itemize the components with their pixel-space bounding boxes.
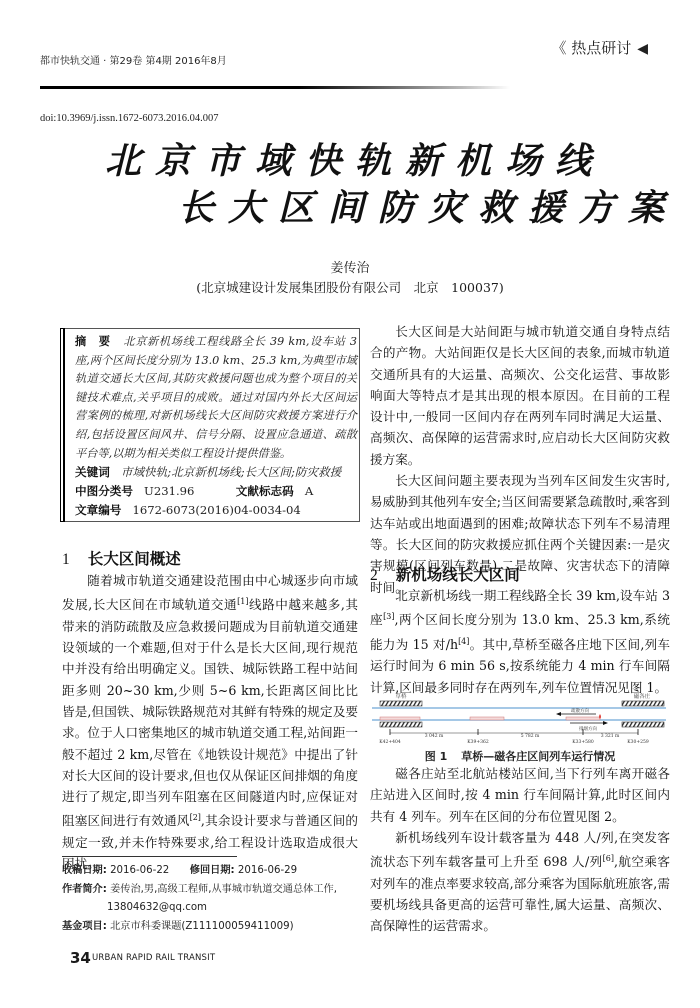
section-2-number: 2 <box>370 567 378 584</box>
citation-ref[interactable]: [1] <box>237 597 248 606</box>
page-number: 34 <box>70 949 91 967</box>
received-date: 2016-06-22 <box>110 865 169 876</box>
section-tag-label: 《 热点研讨 <box>551 39 631 57</box>
chainage-label: K42+404 <box>379 739 401 745</box>
doc-code-label: 文献标志码 <box>236 484 294 498</box>
paragraph: 北京新机场线一期工程线路全长 39 km,设车站 3 座[3],两个区间长度分别… <box>370 585 670 698</box>
distance-label: 5 782 m <box>521 733 540 739</box>
citation-ref[interactable]: [3] <box>383 612 394 621</box>
author-email[interactable]: 13804632@qq.com <box>107 902 207 913</box>
section-2-body: 北京新机场线一期工程线路全长 39 km,设车站 3 座[3],两个区间长度分别… <box>370 585 670 698</box>
header-rule <box>40 86 510 89</box>
train <box>380 717 420 720</box>
author-name: 姜传治 <box>0 257 700 276</box>
author-affiliation: (北京城建设计发展集团股份有限公司 北京 100037) <box>0 278 700 296</box>
clc-value: U231.96 <box>144 484 194 498</box>
triangle-left-icon: ◀ <box>637 41 648 57</box>
keywords-label: 关键词 <box>75 465 110 479</box>
chainage-label: K39+362 <box>467 739 489 745</box>
chainage-label: K30+259 <box>627 739 649 745</box>
fund-label: 基金项目: <box>62 921 107 932</box>
article-title-line-2: 长大区间防灾救援方案 <box>178 180 678 231</box>
keywords: 市域快轨;北京新机场线;长大区间;防灾救援 <box>121 465 341 479</box>
citation-ref[interactable]: [2] <box>190 813 201 822</box>
article-no-value: 1672-6073(2016)04-0034-04 <box>132 503 300 517</box>
evacuation-direction-label: 疏散方向 <box>571 707 589 714</box>
section-1-number: 1 <box>62 551 70 568</box>
journal-english-name: URBAN RAPID RAIL TRANSIT <box>92 953 215 963</box>
article-title-line-1: 北京市域快轨新机场线 <box>105 133 605 184</box>
figure-number: 图 1 <box>425 750 447 763</box>
train <box>470 717 504 720</box>
abstract: 摘 要 北京新机场线工程线路全长 39 km,设车站 3 座,两个区间长度分别为… <box>75 333 357 520</box>
doc-code-value: A <box>305 484 313 498</box>
author-bio: 姜传治,男,高级工程师,从事城市轨道交通总体工作, <box>110 884 337 895</box>
station-left-label: 草桥 <box>395 692 407 700</box>
article-no-label: 文章编号 <box>75 503 121 517</box>
distance-label: 3 042 m <box>425 733 444 739</box>
revised-label: 修回日期: <box>190 865 235 876</box>
abstract-body: 北京新机场线工程线路全长 39 km,设车站 3 座,两个区间长度分别为 13.… <box>75 335 357 460</box>
footnotes: 收稿日期: 2016-06-22 修回日期: 2016-06-29 作者简介: … <box>62 862 362 936</box>
fund-project: 北京市科委课题(Z111100059411009) <box>110 921 293 932</box>
section-1-heading: 1长大区间概述 <box>62 547 181 569</box>
section-2-title: 新机场线长大区间 <box>396 566 520 584</box>
citation-ref[interactable]: [6] <box>603 854 614 863</box>
section-1-title: 长大区间概述 <box>88 550 181 568</box>
figure-caption-text: 草桥—磁各庄区间列车运行情况 <box>461 750 615 763</box>
section-1-body: 随着城市轨道交通建设范围由中心城逐步向市域发展,长大区间在市域轨道交通[1]线路… <box>62 570 358 875</box>
revised-date: 2016-06-29 <box>238 865 297 876</box>
citation-ref[interactable]: [4] <box>458 637 469 646</box>
figure-1-caption: 图 1草桥—磁各庄区间列车运行情况 <box>370 748 670 764</box>
abstract-label: 摘 要 <box>75 335 111 348</box>
train <box>566 717 600 720</box>
paragraph: 长大区间是大站间距与城市轨道交通自身特点结合的产物。大站间距仅是长大区间的表象,… <box>370 321 670 470</box>
chainage-label: K33+580 <box>572 739 594 745</box>
abstract-box-bar <box>60 328 65 522</box>
figure-1-diagram: 草桥 磁各庄 疏散方向 排烟方向 3 042 m 5 782 m 3 321 m… <box>370 690 670 746</box>
footnote-rule <box>62 856 237 857</box>
paragraph: 磁各庄站至北航站楼站区间,当下行列车离开磁各庄站进入区间时,按 4 min 行车… <box>370 763 670 827</box>
paragraph: 随着城市轨道交通建设范围由中心城逐步向市域发展,长大区间在市域轨道交通[1]线路… <box>62 570 358 875</box>
clc-label: 中图分类号 <box>75 484 133 498</box>
intro-body: 长大区间是大站间距与城市轨道交通自身特点结合的产物。大站间距仅是长大区间的表象,… <box>370 321 670 598</box>
section-2-body-continued: 磁各庄站至北航站楼站区间,当下行列车离开磁各庄站进入区间时,按 4 min 行车… <box>370 763 670 937</box>
station-right-label: 磁各庄 <box>634 692 651 700</box>
author-bio-label: 作者简介: <box>62 884 107 895</box>
text-run: 线路中越来越多,其带来的消防疏散及应急救援问题成为目前轨道交通建设领域的一个难题… <box>62 597 358 828</box>
distance-label: 3 321 m <box>601 733 620 739</box>
section-tag: 《 热点研讨◀ <box>551 37 648 58</box>
section-2-heading: 2新机场线长大区间 <box>370 563 520 585</box>
running-head: 都市快轨交通 · 第29卷 第4期 2016年8月 <box>40 52 227 67</box>
received-label: 收稿日期: <box>62 865 107 876</box>
paragraph: 新机场线列车设计载客量为 448 人/列,在突发客流状态下列车载客量可上升至 6… <box>370 827 670 937</box>
doi: doi:10.3969/j.issn.1672-6073.2016.04.007 <box>40 113 219 124</box>
smoke-direction-label: 排烟方向 <box>579 725 597 732</box>
